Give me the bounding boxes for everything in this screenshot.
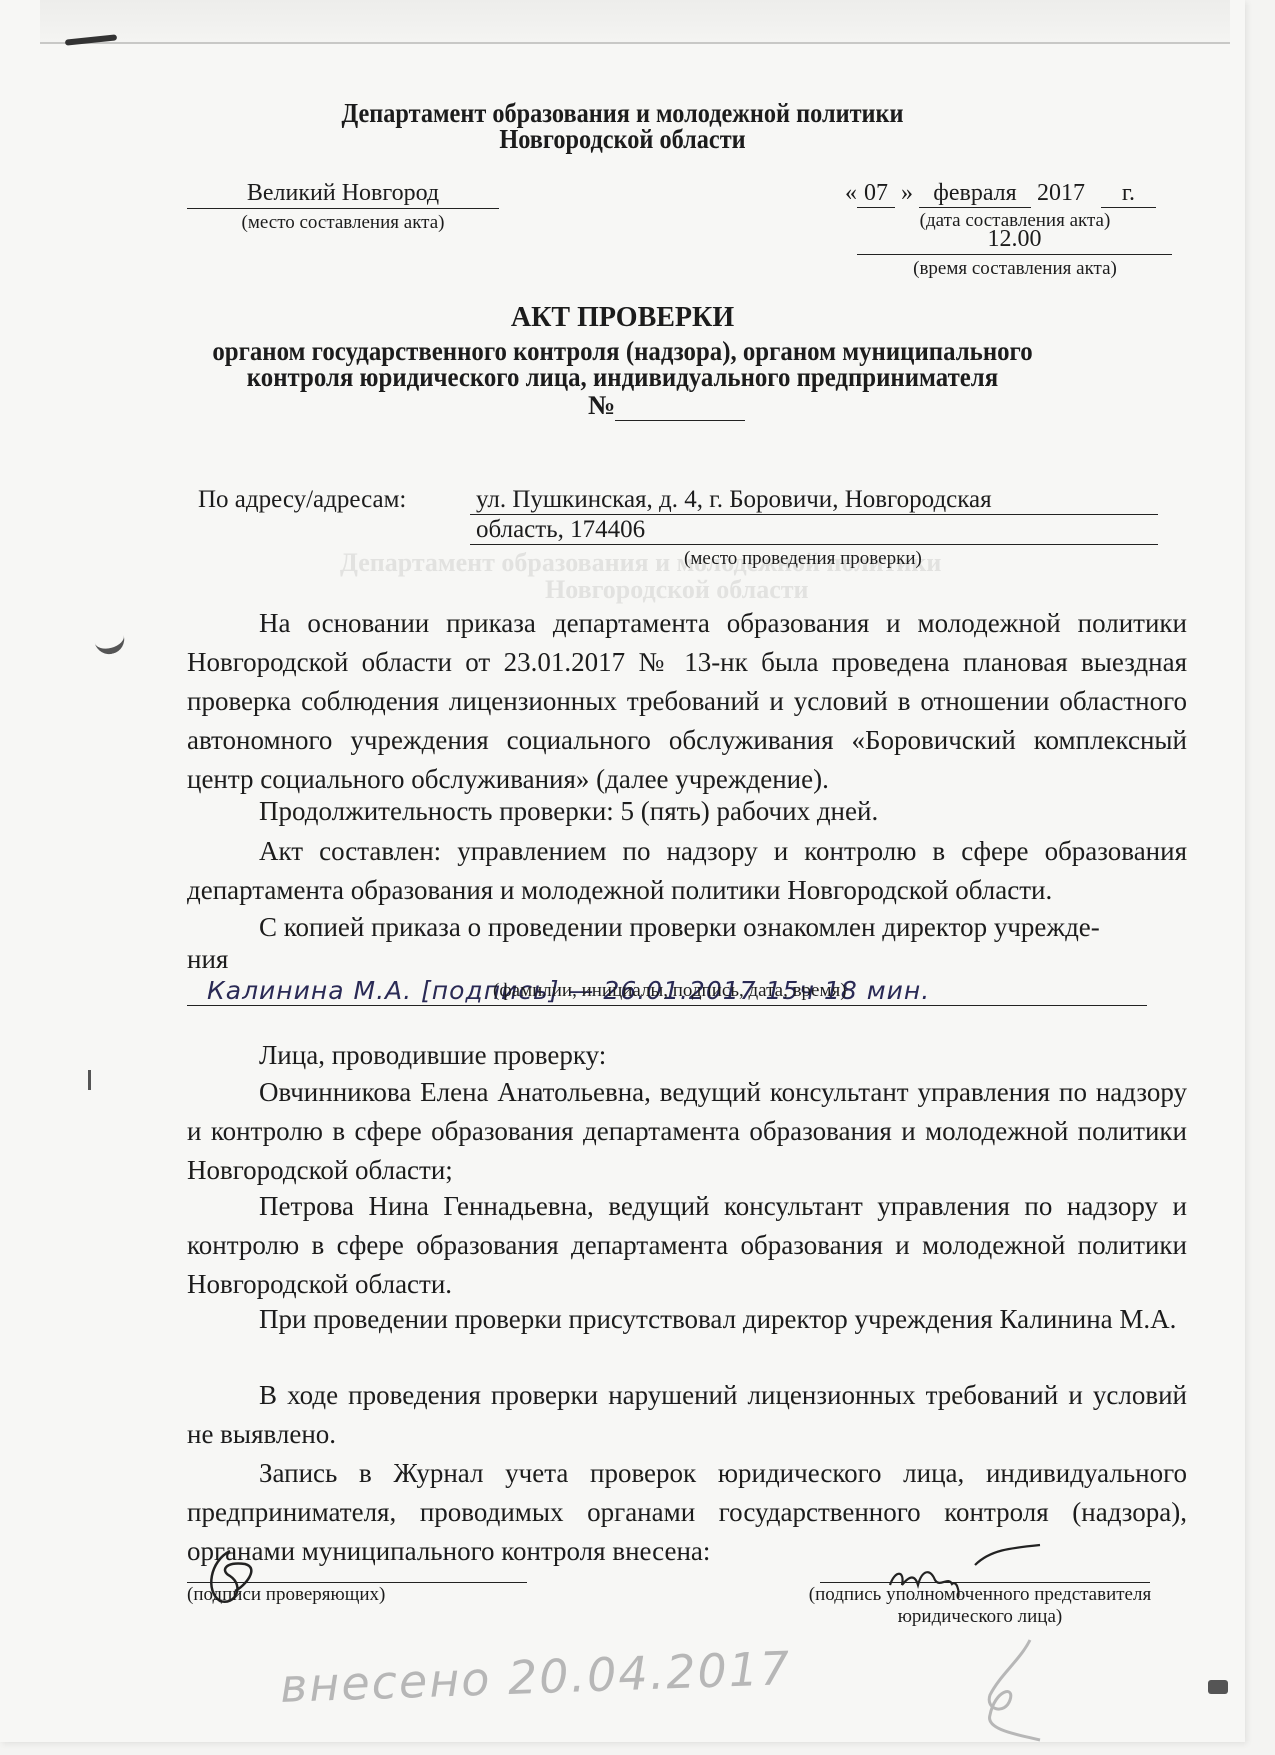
bleed-through-text: Новгородской области — [545, 575, 809, 605]
inspectors-label: Лица, проводившие проверку: — [187, 1036, 1187, 1075]
inspector-signature-line — [187, 1580, 527, 1583]
hole-punch-mark — [88, 1070, 91, 1090]
address-label: По адресу/адресам: — [198, 486, 406, 514]
representative-caption-line1: (подпись уполномоченного представителя — [780, 1584, 1180, 1606]
paragraph-result: В ходе проведения проверки нарушений лиц… — [187, 1376, 1187, 1454]
hole-punch-mark — [92, 627, 127, 658]
number-value — [615, 396, 745, 421]
time-value: 12.00 — [988, 226, 1042, 252]
date-day: 07 — [857, 180, 895, 208]
pencil-signature — [960, 1635, 1060, 1745]
paragraph-order-ack: С копией приказа о проведении проверки о… — [187, 908, 1187, 947]
time-field: 12.00 — [857, 226, 1172, 255]
date-year: 2017 — [1037, 180, 1085, 206]
scan-speck — [1208, 1680, 1228, 1694]
document-subtitle-line2: контроля юридического лица, индивидуальн… — [50, 362, 1195, 393]
order-ack-caption: (фамилии, инициалы, подпись, дата, время… — [493, 980, 847, 1002]
document-number: № — [588, 390, 745, 421]
representative-caption-line2: юридического лица) — [780, 1606, 1180, 1628]
representative-signature-line — [820, 1580, 1150, 1583]
scanned-page: Департамент образования и молодежной пол… — [0, 0, 1245, 1742]
date-year-suffix: г. — [1101, 180, 1156, 208]
date-field: «07 » февраля 2017 г. — [845, 180, 1175, 208]
handwritten-entry-note: внесено 20.04.2017 — [279, 1641, 792, 1713]
number-label: № — [588, 390, 615, 420]
inspector-signature-caption: (подписи проверяющих) — [187, 1584, 385, 1606]
place-field: Великий Новгород — [187, 180, 499, 209]
paragraph-basis: На основании приказа департамента образо… — [187, 604, 1187, 799]
time-caption: (время составления акта) — [870, 258, 1160, 280]
document-title: АКТ ПРОВЕРКИ — [0, 302, 1245, 334]
address-line1: ул. Пушкинская, д. 4, г. Боровичи, Новго… — [470, 486, 1158, 515]
paragraph-duration: Продолжительность проверки: 5 (пять) раб… — [187, 792, 1187, 831]
address-line2: область, 174406 — [470, 516, 1158, 545]
date-month: февраля — [919, 180, 1031, 208]
org-name-line2: Новгородской области — [62, 124, 1183, 155]
inspector-1: Овчинникова Елена Анатольевна, ведущий к… — [187, 1073, 1187, 1190]
paragraph-present: При проведении проверки присутствовал ди… — [187, 1300, 1187, 1339]
inspector-2: Петрова Нина Геннадьевна, ведущий консул… — [187, 1187, 1187, 1304]
scan-top-shadow — [40, 0, 1230, 44]
place-caption: (место составления акта) — [187, 212, 499, 234]
address-caption: (место проведения проверки) — [684, 548, 922, 570]
place-value: Великий Новгород — [247, 180, 439, 206]
paragraph-compiled-by: Акт составлен: управлением по надзору и … — [187, 832, 1187, 910]
